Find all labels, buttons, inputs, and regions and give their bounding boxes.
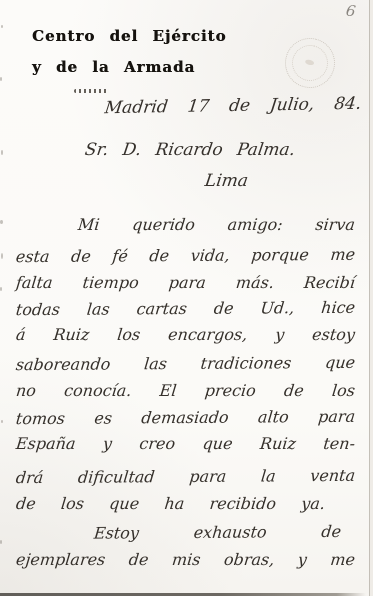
letter-recipient: Sr. D. Ricardo Palma.: [84, 140, 297, 160]
letter-body-line: Mi querido amigo: sirva: [15, 215, 356, 235]
letter-dateline: Madrid 17 de Julio, 84.: [103, 94, 362, 118]
letter-place: Lima: [204, 171, 250, 191]
letterhead-line-1: Centro del Ejército: [32, 27, 226, 45]
scan-speck: [0, 220, 3, 224]
letter-body-line: de los que ha recibido ya.: [15, 494, 356, 514]
letter-body-line: ejemplares de mis obras, y me: [15, 550, 356, 570]
scan-speck: [0, 540, 2, 544]
pencil-page-number: 6: [345, 1, 357, 20]
letter-body-line: á Ruiz los encargos, y estoy: [15, 325, 356, 345]
letterhead-flourish-icon: [74, 89, 108, 93]
scan-speck: [1, 150, 3, 155]
scanned-letter-page: 6 Centro del Ejército y de la Armada Mad…: [0, 0, 373, 596]
faded-circular-stamp-icon: [280, 33, 341, 94]
scan-speck: [1, 25, 3, 28]
page-edge-line: [369, 0, 370, 596]
letterhead-line-2: y de la Armada: [32, 58, 195, 76]
letter-body-line: Estoy exhausto de: [15, 522, 356, 544]
letter-body-line: tomos es demasiado alto para: [15, 407, 356, 429]
scan-speck: [0, 287, 2, 291]
letter-body-line: saboreando las tradiciones que: [15, 353, 356, 375]
scan-speck: [1, 253, 3, 259]
letter-body-line: falta tiempo para más. Recibí: [15, 273, 356, 293]
scan-speck: [1, 420, 3, 423]
letter-body-line: todas las cartas de Ud., hice: [15, 298, 356, 320]
letter-body-line: España y creo que Ruiz ten-: [15, 434, 356, 454]
letter-body-line: esta de fé de vida, porque me: [15, 245, 356, 267]
scan-speck: [0, 77, 2, 81]
letter-body-line: no conocía. El precio de los: [15, 381, 356, 401]
letter-body-line: drá dificultad para la venta: [15, 466, 356, 488]
